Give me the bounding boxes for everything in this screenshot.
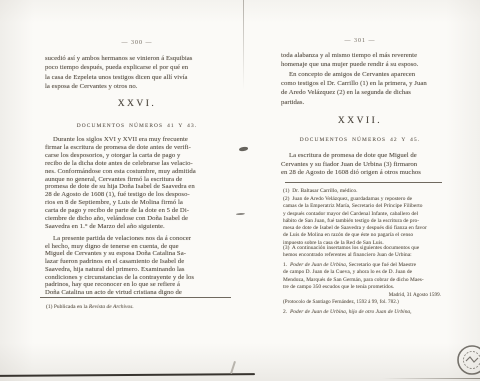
- footnote-rule: [40, 297, 231, 298]
- section-heading: DOCUMENTOS NÚMEROS 42 Y 45.: [281, 137, 439, 143]
- footnote-1-left: (1) Publicada en la Revista de Archivos.: [46, 304, 230, 311]
- chapter-heading-xxvii: XXVII.: [281, 116, 439, 126]
- page-number: — 301 —: [281, 38, 439, 44]
- footnote-1: (1) Dr. Baltasar Carrillo, médico.: [283, 188, 443, 195]
- footnote-text: (1) Publicada en la: [46, 304, 89, 310]
- document-title-italic: Poder de Juan de Urbina, hijo de otro Ju…: [290, 309, 412, 315]
- page-number: — 300 —: [45, 40, 229, 46]
- body-paragraph-escritura: La escritura de promesa de dote que Migu…: [281, 152, 439, 178]
- library-stamp-icon: [456, 344, 480, 376]
- footnote-source-italic: Revista de Archivos.: [89, 304, 134, 310]
- body-paragraph-promesa: Durante los siglos XVI y XVII era muy fr…: [45, 136, 229, 231]
- continuation-paragraph: sucedió así y ambos hermanos se vinieron…: [45, 54, 229, 92]
- body-paragraph-testigos: En concepto de amigos de Cervantes apare…: [281, 70, 439, 107]
- footnote-rule: [285, 182, 442, 183]
- document-title-italic: Poder de Juan de Urbina,: [290, 262, 347, 268]
- scan-gutter-artifact: [243, 0, 244, 90]
- page-right: — 301 — toda alabanza y al mismo tiempo …: [247, 0, 480, 381]
- source-line: (Protocolo de Santiago Fernández, 1592 á…: [283, 299, 443, 306]
- book-scan: — 300 — sucedió así y ambos hermanos se …: [0, 0, 480, 381]
- continuation-paragraph: toda alabanza y al mismo tiempo el más r…: [281, 51, 439, 70]
- chapter-heading-xxvi: XXVI.: [45, 99, 229, 109]
- library-stamp-icon: [456, 344, 480, 376]
- document-entry-1: 1. Poder de Juan de Urbina, Secretario q…: [283, 262, 443, 291]
- entry-number: 2.: [283, 309, 290, 315]
- document-entry-2: 2. Poder de Juan de Urbina, hijo de otro…: [283, 309, 453, 316]
- scan-edge-line: [382, 378, 480, 379]
- page-left: — 300 — sucedió así y ambos hermanos se …: [0, 0, 247, 381]
- scan-edge-line: [0, 373, 255, 377]
- section-heading: DOCUMENTOS NÚMEROS 41 Y 43.: [45, 123, 229, 129]
- footnote-3: (3) A continuación insertamos los siguie…: [283, 245, 443, 260]
- entry-number: 1.: [283, 262, 290, 268]
- body-paragraph-partida: La presente partida de velaciones nos da…: [45, 235, 229, 297]
- footnote-2: (2) Juan de Aredo Velázquez, guardadamas…: [283, 196, 443, 247]
